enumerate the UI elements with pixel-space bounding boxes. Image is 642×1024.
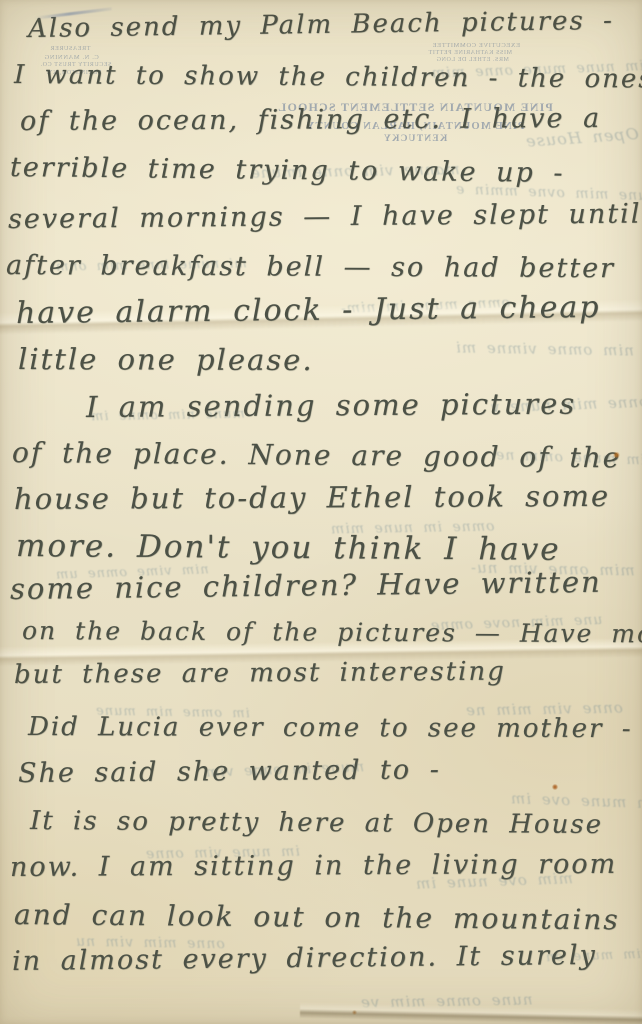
letter-line: some nice children? Have written xyxy=(10,565,602,606)
letter-line: in almost every direction. It surely xyxy=(12,940,597,977)
showthrough-scribble: nim omne vimne mi xyxy=(455,338,634,359)
foxing-spot xyxy=(352,1010,357,1015)
letter-line: of the place. None are good of the xyxy=(12,436,622,474)
letter-line: after breakfast bell — so had better xyxy=(6,250,615,284)
letter-page: TREASURER C. N. MANNING SECURITY TRUST C… xyxy=(0,0,642,1024)
letter-line: Did Lucia ever come to see mother - xyxy=(28,712,633,744)
showthrough-treasurer-heading: TREASURER xyxy=(50,46,90,52)
letter-line: I want to show the children - the ones xyxy=(14,60,642,94)
showthrough-committee-heading: EXECUTIVE COMMITTEE xyxy=(432,42,520,49)
letter-line: terrible time trying to wake up - xyxy=(10,152,565,189)
letter-line: but these are most interesting xyxy=(14,657,506,690)
letter-line: on the back of the pictures — Have more xyxy=(22,616,642,648)
letter-line: Also send my Palm Beach pictures - xyxy=(28,6,614,44)
foxing-spot xyxy=(552,784,558,790)
letter-line: She said she wanted to - xyxy=(18,754,441,789)
letter-line: little one please. xyxy=(18,342,314,377)
letter-line: more. Don't you think I have xyxy=(16,528,561,568)
letter-line: I am sending some pictures xyxy=(86,387,576,424)
letter-line: house but to-day Ethel took some xyxy=(14,479,610,516)
showthrough-scribble: nune omne mim ve xyxy=(360,990,533,1011)
letter-line: and can look out on the mountains xyxy=(14,898,620,936)
letter-line: now. I am sitting in the living room xyxy=(10,849,617,883)
showthrough-committee-name: MISS KATHARINE PETTIT xyxy=(428,50,512,56)
letter-line: It is so pretty here at Open House xyxy=(30,806,603,840)
letter-line: have alarm clock - Just a cheap xyxy=(16,290,601,331)
letter-line: several mornings — I have slept until xyxy=(8,198,642,235)
letter-line: of the ocean, fishing etc. I have a xyxy=(20,103,601,137)
